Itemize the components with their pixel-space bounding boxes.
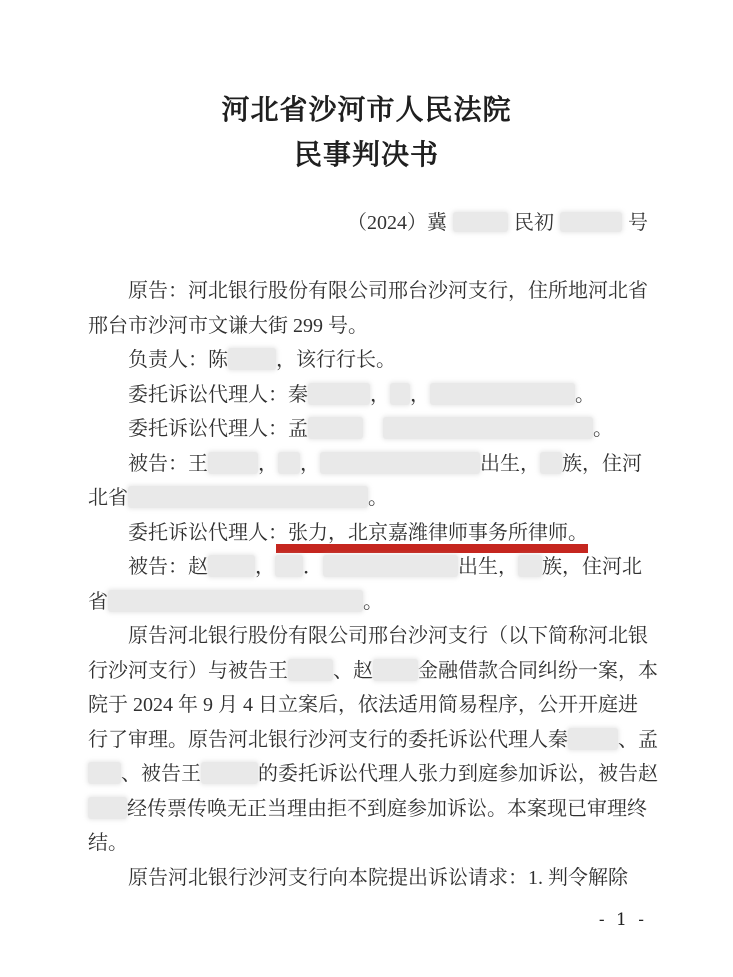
- text-run: ，: [300, 453, 320, 475]
- text-run: 原告河北银行股份有限公司邢台沙河支行（以下简称河北银: [128, 625, 648, 647]
- text-run: 委托诉讼代理人：孟: [128, 418, 308, 440]
- text-run: 。: [363, 591, 383, 613]
- redaction-box: [208, 452, 258, 474]
- redaction-box: [383, 417, 593, 439]
- redaction-box: [453, 212, 508, 232]
- body-line: 委托诉讼代理人：秦，，。: [88, 378, 651, 413]
- redaction-box: [278, 452, 300, 474]
- redaction-box: [288, 659, 333, 681]
- body-line: 结。: [88, 826, 651, 861]
- text-run: ．: [303, 556, 323, 578]
- body-line: 委托诉讼代理人：张力，北京嘉潍律师事务所律师。: [88, 516, 651, 551]
- redaction-box: [108, 590, 363, 612]
- text-run: 北省: [88, 487, 128, 509]
- body-line: 省。: [88, 585, 651, 620]
- text-run: 行了审理。原告河北银行沙河支行的委托诉讼代理人秦: [88, 729, 568, 751]
- redaction-box: [308, 383, 370, 405]
- text-run: 出生，: [458, 556, 518, 578]
- text-run: 的委托诉讼代理人张力到庭参加诉讼，被告赵: [258, 763, 658, 785]
- redaction-box: [390, 383, 410, 405]
- text-run: 行沙河支行）与被告王: [88, 660, 288, 682]
- document-body: 原告：河北银行股份有限公司邢台沙河支行，住所地河北省邢台市沙河市文谦大街 299…: [0, 274, 733, 895]
- body-line: 原告：河北银行股份有限公司邢台沙河支行，住所地河北省: [88, 274, 651, 309]
- redaction-box: [275, 555, 303, 577]
- highlighted-text: 张力，北京嘉潍律师事务所律师。: [276, 522, 588, 553]
- body-line: 行沙河支行）与被告王、赵金融借款合同纠纷一案，本: [88, 654, 651, 689]
- text-run: 。: [593, 418, 613, 440]
- text-run: （2024）冀: [347, 212, 447, 234]
- text-run: 省: [88, 591, 108, 613]
- redaction-box: [430, 383, 575, 405]
- redaction-box: [540, 452, 562, 474]
- text-run: [363, 418, 383, 440]
- body-line: 委托诉讼代理人：孟 。: [88, 412, 651, 447]
- redaction-box: [201, 762, 258, 784]
- text-run: 委托诉讼代理人：: [128, 522, 288, 544]
- text-run: 被告：王: [128, 453, 208, 475]
- body-line: 被告：王，，出生，族，住河: [88, 447, 651, 482]
- body-line: 邢台市沙河市文谦大街 299 号。: [88, 309, 651, 344]
- text-run: 、被告王: [121, 763, 201, 785]
- redaction-box: [518, 555, 542, 577]
- redaction-box: [308, 417, 363, 439]
- body-line: 北省。: [88, 481, 651, 516]
- text-run: ，: [410, 384, 430, 406]
- court-title: 河北省沙河市人民法院: [0, 95, 733, 126]
- text-run: 。: [575, 384, 595, 406]
- judgment-document-page: 河北省沙河市人民法院 民事判决书 （2024）冀民初号 原告：河北银行股份有限公…: [0, 0, 733, 977]
- text-run: 原告河北银行沙河支行向本院提出诉讼请求：1. 判令解除: [128, 867, 628, 889]
- body-line: 负责人：陈，该行行长。: [88, 343, 651, 378]
- redaction-box: [88, 797, 127, 819]
- body-line: 被告：赵，．出生，族，住河北: [88, 550, 651, 585]
- redaction-box: [373, 659, 418, 681]
- body-line: 经传票传唤无正当理由拒不到庭参加诉讼。本案现已审理终: [88, 792, 651, 827]
- text-run: 民初: [514, 212, 554, 234]
- body-line: 行了审理。原告河北银行沙河支行的委托诉讼代理人秦、孟: [88, 723, 651, 758]
- body-line: 院于 2024 年 9 月 4 日立案后，依法适用简易程序，公开开庭进: [88, 688, 651, 723]
- page-number: - 1 -: [599, 910, 647, 930]
- text-run: 出生，: [480, 453, 540, 475]
- redaction-box: [88, 762, 121, 784]
- text-run: 负责人：陈: [128, 349, 228, 371]
- text-run: 被告：赵: [128, 556, 208, 578]
- body-line: 、被告王的委托诉讼代理人张力到庭参加诉讼，被告赵: [88, 757, 651, 792]
- text-run: 、赵: [333, 660, 373, 682]
- text-run: 结。: [88, 832, 128, 854]
- redaction-box: [323, 555, 458, 577]
- text-run: 、孟: [618, 729, 658, 751]
- text-run: ，: [370, 384, 390, 406]
- redaction-box: [560, 212, 622, 232]
- redaction-box: [320, 452, 480, 474]
- text-run: ，: [255, 556, 275, 578]
- text-run: 金融借款合同纠纷一案，本: [418, 660, 658, 682]
- redaction-box: [128, 486, 368, 508]
- text-run: 经传票传唤无正当理由拒不到庭参加诉讼。本案现已审理终: [127, 798, 647, 820]
- text-run: 委托诉讼代理人：秦: [128, 384, 308, 406]
- text-run: 族，住河: [562, 453, 642, 475]
- text-run: 邢台市沙河市文谦大街 299 号。: [88, 315, 368, 337]
- redaction-box: [228, 348, 276, 370]
- redaction-box: [208, 555, 255, 577]
- text-run: ，: [258, 453, 278, 475]
- body-line: 原告河北银行沙河支行向本院提出诉讼请求：1. 判令解除: [88, 861, 651, 896]
- case-number-line: （2024）冀民初号: [0, 212, 733, 235]
- text-run: 族，住河北: [542, 556, 642, 578]
- text-run: 。: [368, 487, 388, 509]
- document-type-title: 民事判决书: [0, 140, 733, 171]
- body-line: 原告河北银行股份有限公司邢台沙河支行（以下简称河北银: [88, 619, 651, 654]
- redaction-box: [568, 728, 618, 750]
- text-run: ，该行行长。: [276, 349, 396, 371]
- text-run: 原告：河北银行股份有限公司邢台沙河支行，住所地河北省: [128, 280, 648, 302]
- text-run: 号: [628, 212, 648, 234]
- text-run: 院于 2024 年 9 月 4 日立案后，依法适用简易程序，公开开庭进: [88, 694, 638, 716]
